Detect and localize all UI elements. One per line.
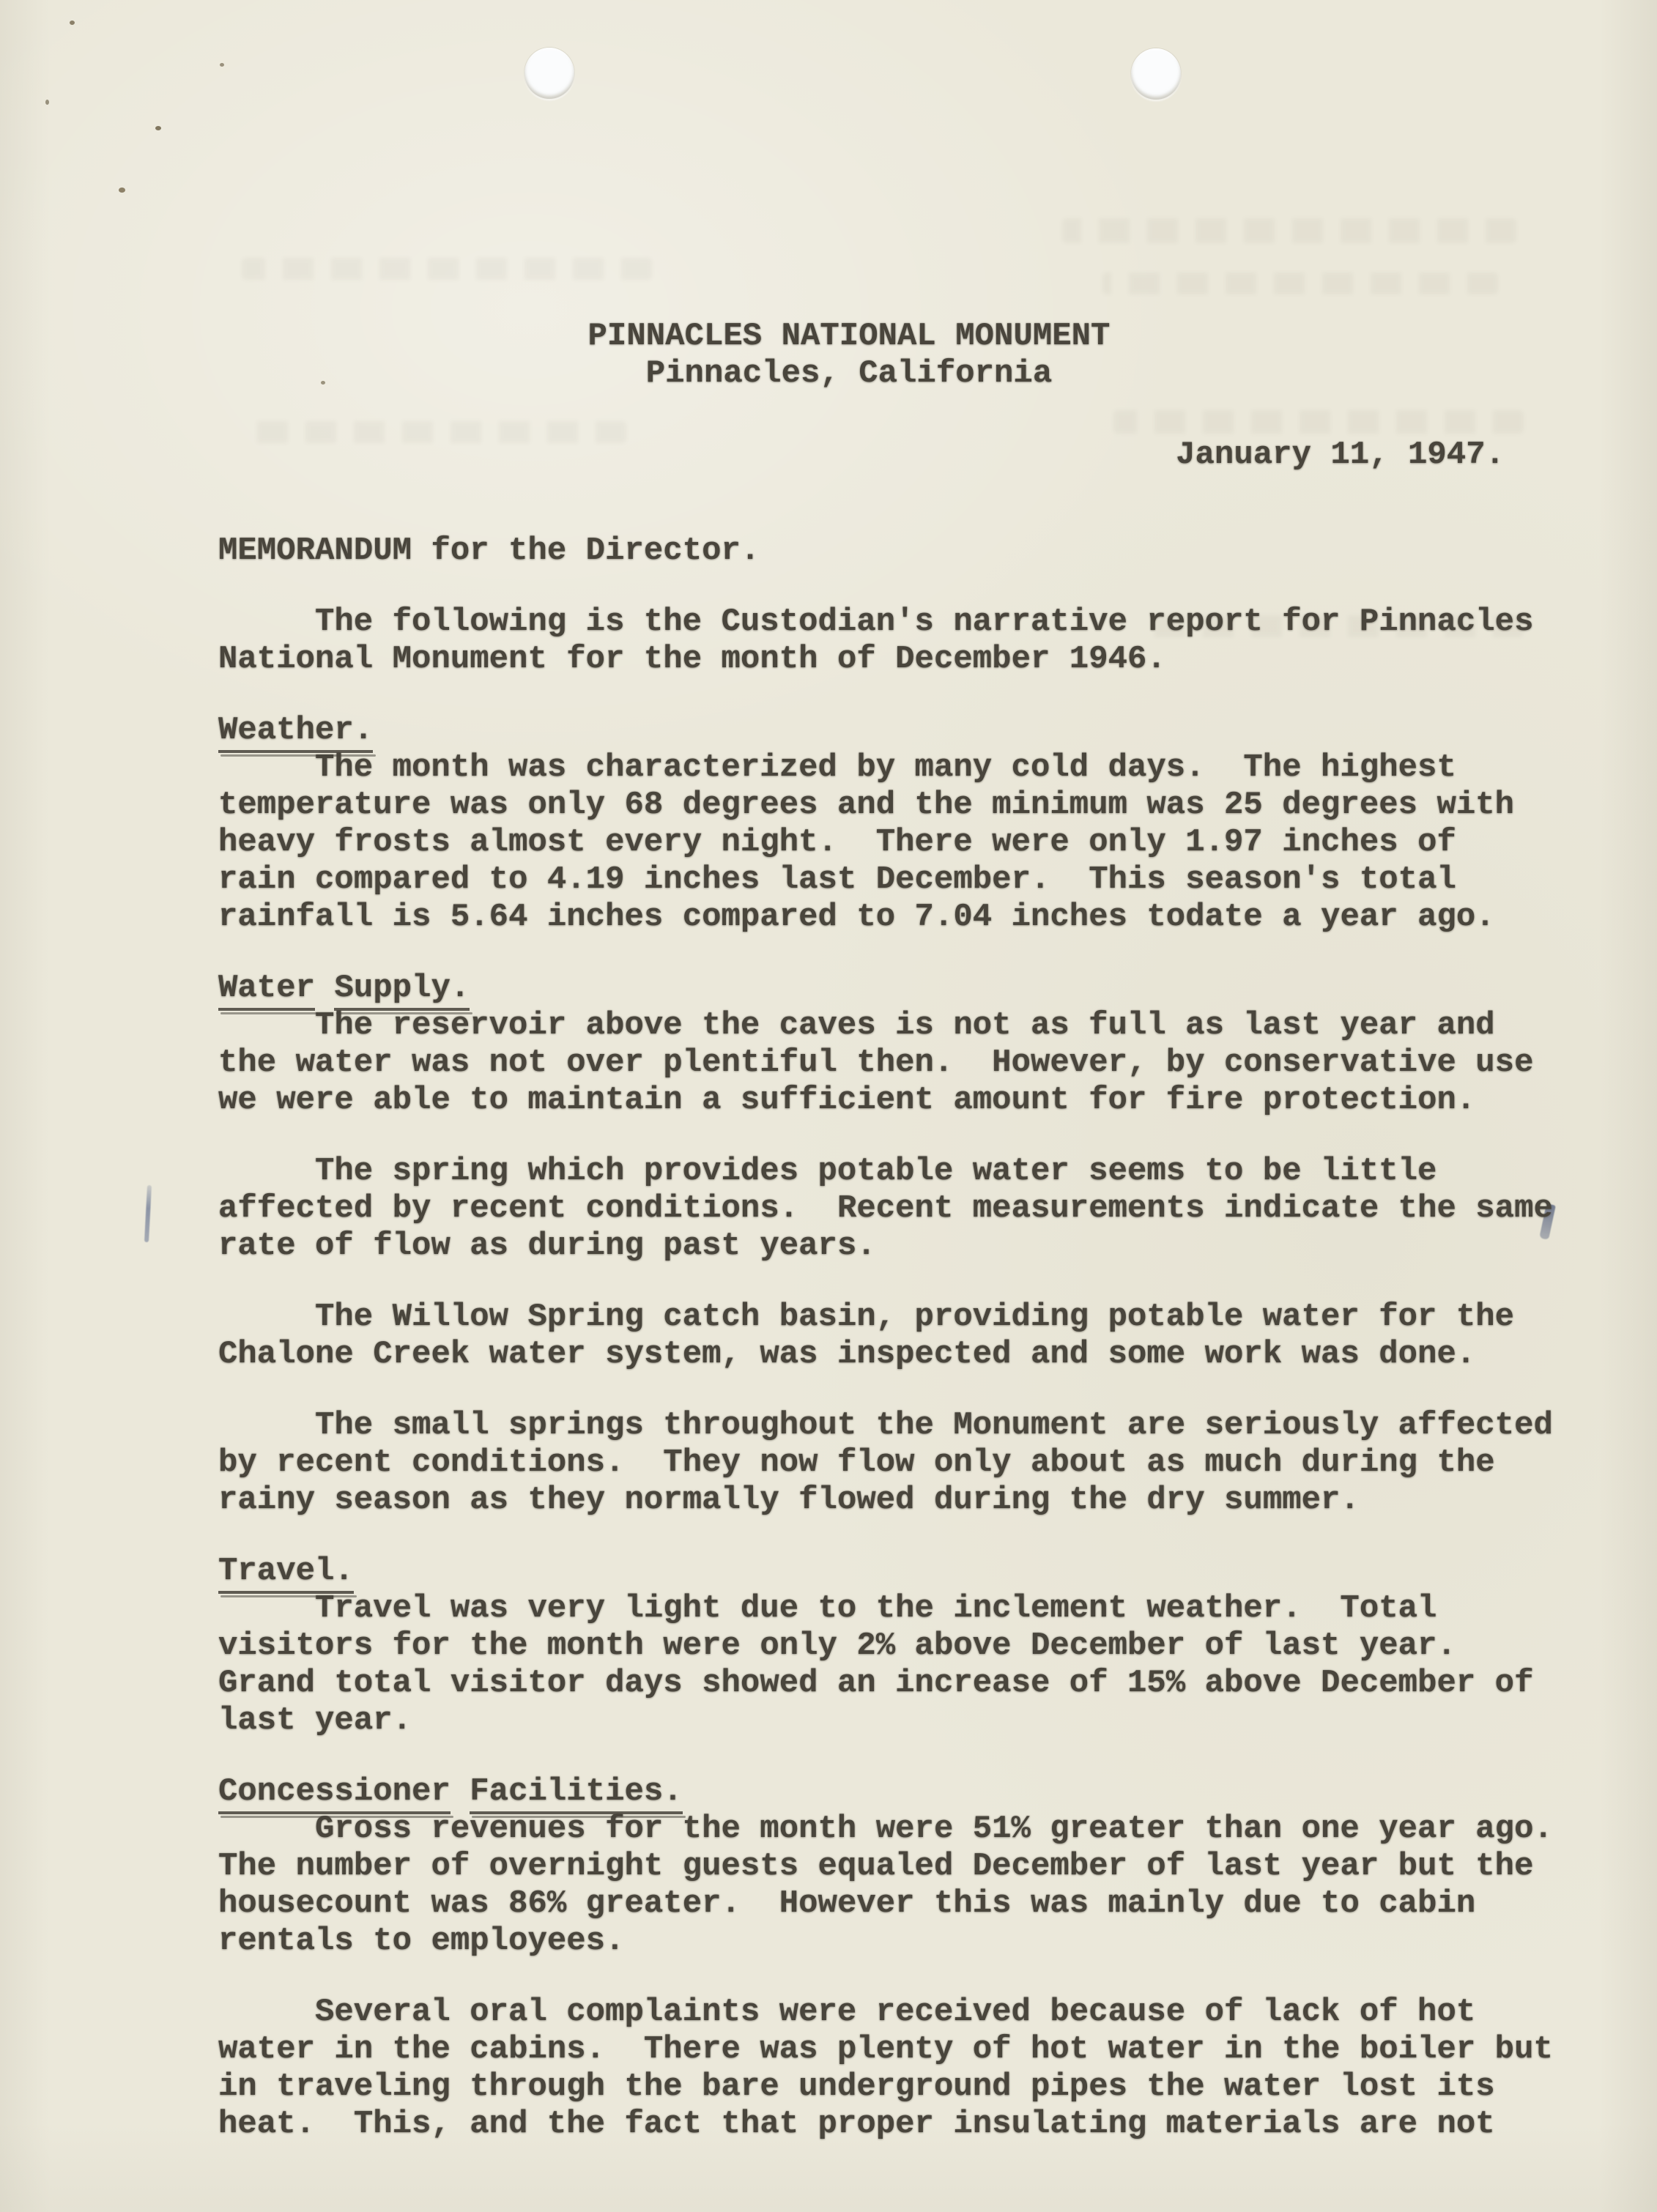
text-line: Grand total visitor days showed an incre… bbox=[218, 1665, 1537, 1702]
text-line: rate of flow as during past years. bbox=[218, 1228, 1537, 1265]
text-line: rain compared to 4.19 inches last Decemb… bbox=[218, 861, 1537, 899]
text-line: by recent conditions. They now flow only… bbox=[218, 1444, 1537, 1482]
text-line: National Monument for the month of Decem… bbox=[218, 641, 1537, 678]
paragraph: The following is the Custodian's narrati… bbox=[218, 604, 1537, 678]
section-travel: Travel.Travel was very light due to the … bbox=[218, 1553, 1537, 1740]
paragraph: The month was characterized by many cold… bbox=[218, 749, 1537, 936]
paper-speck bbox=[45, 100, 49, 105]
section-heading: Water Supply. bbox=[218, 970, 1537, 1007]
paper-speck bbox=[70, 21, 75, 25]
paragraph: The Willow Spring catch basin, providing… bbox=[218, 1299, 1537, 1373]
paragraph: The small springs throughout the Monumen… bbox=[218, 1407, 1537, 1519]
text-line: last year. bbox=[218, 1702, 1537, 1740]
text-line: The following is the Custodian's narrati… bbox=[218, 604, 1537, 641]
text-line: the water was not over plentiful then. H… bbox=[218, 1044, 1537, 1082]
text-line: rainfall is 5.64 inches compared to 7.04… bbox=[218, 899, 1537, 936]
text-line: rainy season as they normally flowed dur… bbox=[218, 1482, 1537, 1519]
document-content: PINNACLES NATIONAL MONUMENT Pinnacles, C… bbox=[218, 0, 1537, 2143]
section-heading: Concessioner Facilities. bbox=[218, 1773, 1537, 1811]
memo-body: The following is the Custodian's narrati… bbox=[218, 604, 1537, 2143]
text-line: water in the cabins. There was plenty of… bbox=[218, 2031, 1537, 2068]
section-heading: Weather. bbox=[218, 712, 1537, 749]
heading-word: Concessioner bbox=[218, 1773, 451, 1814]
heading-word: Facilities. bbox=[470, 1773, 682, 1814]
letterhead: PINNACLES NATIONAL MONUMENT Pinnacles, C… bbox=[218, 318, 1537, 393]
text-line: The small springs throughout the Monumen… bbox=[218, 1407, 1537, 1444]
pen-mark-left-margin bbox=[144, 1185, 152, 1242]
text-line: Travel was very light due to the incleme… bbox=[218, 1590, 1537, 1628]
salutation: MEMORANDUM for the Director. bbox=[218, 532, 1537, 570]
section-concessioner-facilities: Concessioner Facilities.Gross revenues f… bbox=[218, 1773, 1537, 2143]
text-line: The spring which provides potable water … bbox=[218, 1153, 1537, 1190]
heading-word: Weather. bbox=[218, 712, 373, 753]
section-heading: Travel. bbox=[218, 1553, 1537, 1590]
heading-word: Travel. bbox=[218, 1553, 354, 1594]
paper-speck bbox=[155, 126, 161, 130]
text-line: we were able to maintain a sufficient am… bbox=[218, 1082, 1537, 1119]
date-line: January 11, 1947. bbox=[218, 437, 1537, 474]
text-line: The Willow Spring catch basin, providing… bbox=[218, 1299, 1537, 1336]
text-line: rentals to employees. bbox=[218, 1923, 1537, 1960]
text-line: heavy frosts almost every night. There w… bbox=[218, 824, 1537, 861]
paragraph: The reservoir above the caves is not as … bbox=[218, 1007, 1537, 1119]
memo-page: PINNACLES NATIONAL MONUMENT Pinnacles, C… bbox=[0, 0, 1657, 2212]
text-line: The number of overnight guests equaled D… bbox=[218, 1848, 1537, 1885]
paper-speck bbox=[119, 188, 125, 193]
text-line: Several oral complaints were received be… bbox=[218, 1994, 1537, 2031]
letterhead-location: Pinnacles, California bbox=[218, 355, 1480, 393]
letterhead-org: PINNACLES NATIONAL MONUMENT bbox=[218, 318, 1480, 355]
text-line: The month was characterized by many cold… bbox=[218, 749, 1537, 787]
section-water-supply: Water Supply.The reservoir above the cav… bbox=[218, 970, 1537, 1519]
paragraph: Several oral complaints were received be… bbox=[218, 1994, 1537, 2143]
text-line: affected by recent conditions. Recent me… bbox=[218, 1190, 1537, 1228]
section-weather: Weather.The month was characterized by m… bbox=[218, 712, 1537, 936]
text-line: Chalone Creek water system, was inspecte… bbox=[218, 1336, 1537, 1373]
paragraph: Travel was very light due to the incleme… bbox=[218, 1590, 1537, 1740]
paragraph: The spring which provides potable water … bbox=[218, 1153, 1537, 1265]
text-line: visitors for the month were only 2% abov… bbox=[218, 1628, 1537, 1665]
text-line: temperature was only 68 degrees and the … bbox=[218, 787, 1537, 824]
heading-word: Water bbox=[218, 970, 315, 1011]
text-line: housecount was 86% greater. However this… bbox=[218, 1885, 1537, 1923]
text-line: in traveling through the bare undergroun… bbox=[218, 2068, 1537, 2106]
heading-word: Supply. bbox=[334, 970, 470, 1011]
paragraph: Gross revenues for the month were 51% gr… bbox=[218, 1811, 1537, 1960]
text-line: heat. This, and the fact that proper ins… bbox=[218, 2106, 1537, 2143]
